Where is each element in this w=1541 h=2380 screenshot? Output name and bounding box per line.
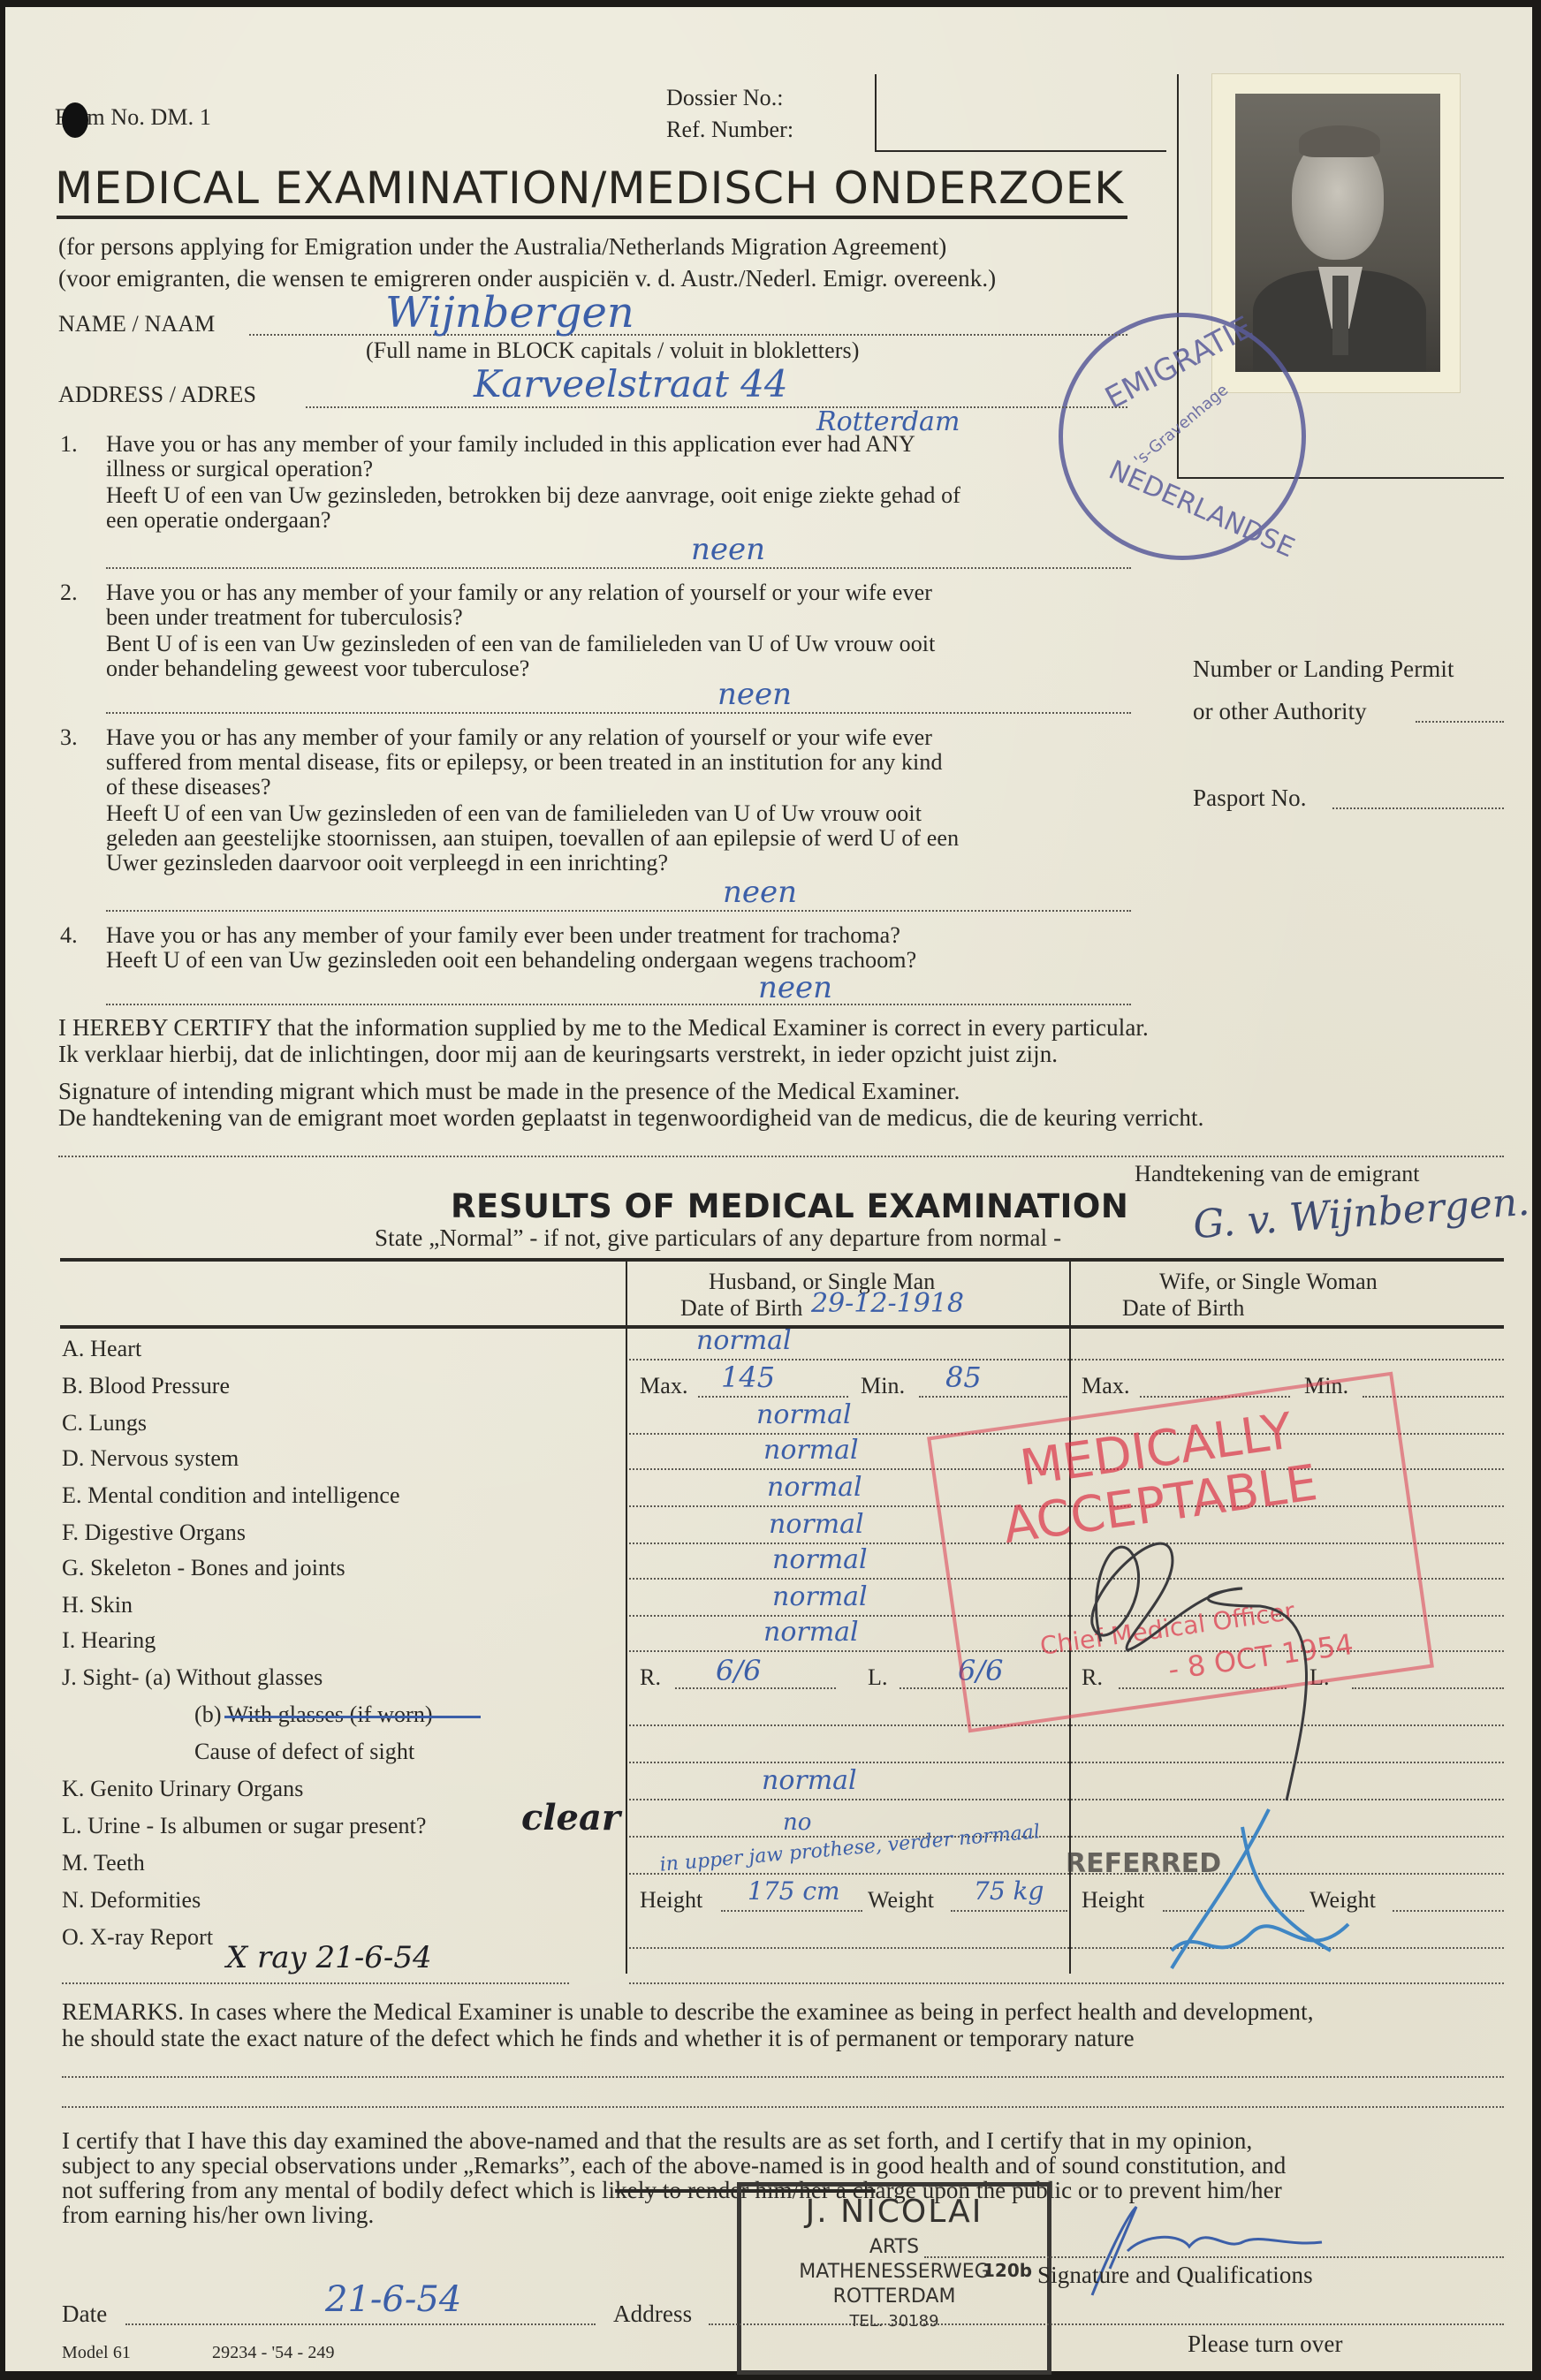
question-2-answer-line[interactable] xyxy=(106,710,1131,714)
dossier-label: Dossier No.: xyxy=(666,85,784,111)
sight-glasses-strikethrough xyxy=(224,1716,481,1718)
certify-dutch: Ik verklaar hierbij, dat de inlichtingen… xyxy=(58,1041,1058,1067)
row-nervous-label: D. Nervous system xyxy=(62,1445,239,1472)
photo-hair xyxy=(1299,125,1380,157)
question-3-nl-line2: geleden aan geestelijke stoornissen, aan… xyxy=(106,825,959,852)
row-nervous-husband: normal xyxy=(763,1435,859,1466)
dossier-box-bottom xyxy=(875,150,1166,152)
name-field[interactable] xyxy=(249,332,1127,336)
stamp-text-top: EMIGRATIE xyxy=(1099,310,1258,417)
sight-husband-r-label: R. xyxy=(640,1664,661,1691)
examiner-cert-line2: subject to any special observations unde… xyxy=(62,2152,1286,2179)
cert3-pre: not suffering from any mental of bodily … xyxy=(62,2177,615,2203)
chief-medical-officer-signature xyxy=(1066,1509,1472,2004)
date-label: Date xyxy=(62,2300,107,2327)
question-2-nl-line1: Bent U of is een van Uw gezinsleden of e… xyxy=(106,631,935,657)
question-1-nl-line2: een operatie ondergaan? xyxy=(106,507,330,534)
row-skeleton-label: G. Skeleton - Bones and joints xyxy=(62,1555,345,1581)
question-3-en-line1: Have you or has any member of your famil… xyxy=(106,724,932,751)
question-3-en-line3: of these diseases? xyxy=(106,774,271,800)
medical-examination-form: Form No. DM. 1 Dossier No.: Ref. Number:… xyxy=(5,7,1532,2371)
question-4-en-line1: Have you or has any member of your famil… xyxy=(106,922,900,949)
row-skin-husband: normal xyxy=(772,1581,868,1612)
row-teeth-husband: in upper jaw prothese, verder normaal xyxy=(659,1821,1041,1876)
bp-husband-min-label: Min. xyxy=(861,1373,905,1399)
question-3-number: 3. xyxy=(60,724,78,751)
husband-dob-value: 29-12-1918 xyxy=(811,1288,964,1319)
row-genito-husband: normal xyxy=(762,1765,857,1796)
results-instruction: State „Normal” - if not, give particular… xyxy=(375,1224,1061,1251)
subtitle-english: (for persons applying for Emigration und… xyxy=(58,233,946,260)
address-street: Karveelstraat 44 xyxy=(474,362,788,406)
husband-weight-field[interactable] xyxy=(951,1908,1067,1912)
title-underline xyxy=(57,216,1127,219)
row-deformities-label: N. Deformities xyxy=(62,1887,201,1914)
row-urine-label: L. Urine - Is albumen or sugar present? xyxy=(62,1813,427,1839)
stamp-text-bottom: NEDERLANDSE xyxy=(1105,455,1299,565)
dossier-box-border xyxy=(875,74,877,152)
doctor-stamp-number: 120b xyxy=(983,2260,1032,2281)
question-2-en-line2: been under treatment for tuberculosis? xyxy=(106,604,463,631)
print-code: 29234 - '54 - 249 xyxy=(212,2339,335,2366)
remarks-text-line2: he should state the exact nature of the … xyxy=(62,2025,1135,2051)
husband-weight-label: Weight xyxy=(868,1887,934,1914)
question-3-answer: neen xyxy=(723,875,797,910)
row-xray-note: X ray 21-6-54 xyxy=(226,1940,432,1975)
row-heart-husband: normal xyxy=(696,1325,792,1356)
row-blood-pressure-label: B. Blood Pressure xyxy=(62,1373,230,1399)
row-mental-husband: normal xyxy=(767,1472,862,1503)
husband-height-value: 175 cm xyxy=(748,1876,840,1906)
doctor-stamp-name: J. NICOLAI xyxy=(741,2194,1047,2230)
question-2-answer: neen xyxy=(717,677,792,712)
row-digestive-label: F. Digestive Organs xyxy=(62,1520,246,1546)
question-1-en-line1: Have you or has any member of your famil… xyxy=(106,431,915,458)
row-sight-glasses-label: (b) With glasses (if worn) xyxy=(194,1702,433,1728)
question-2-en-line1: Have you or has any member of your famil… xyxy=(106,580,932,606)
row-urine-husband: no xyxy=(783,1809,811,1836)
row-skin-label: H. Skin xyxy=(62,1592,133,1618)
bp-husband-max-value: 145 xyxy=(721,1361,775,1394)
question-3-answer-line[interactable] xyxy=(106,908,1131,912)
row-lungs-husband: normal xyxy=(756,1399,852,1430)
model-number: Model 61 xyxy=(62,2339,131,2366)
question-2-nl-line2: onder behandeling geweest voor tuberculo… xyxy=(106,656,529,682)
row-sight-defect-label: Cause of defect of sight xyxy=(194,1739,414,1765)
results-column-divider-1 xyxy=(626,1260,627,1974)
page-title: MEDICAL EXAMINATION/MEDISCH ONDERZOEK xyxy=(55,163,1124,214)
row-hearing-label: I. Hearing xyxy=(62,1627,156,1654)
row-xray-label: O. X-ray Report xyxy=(62,1924,213,1951)
row-genito-label: K. Genito Urinary Organs xyxy=(62,1776,303,1802)
bp-husband-min-value: 85 xyxy=(945,1361,982,1394)
row-teeth-label: M. Teeth xyxy=(62,1850,145,1876)
landing-permit-label-2: or other Authority xyxy=(1193,698,1367,724)
landing-permit-label-1: Number or Landing Permit xyxy=(1193,656,1454,682)
migrant-signature-caption: Handtekening van de emigrant xyxy=(1135,1161,1420,1187)
husband-height-label: Height xyxy=(640,1887,702,1914)
husband-weight-value: 75 kg xyxy=(974,1876,1044,1906)
name-value: Wijnbergen xyxy=(385,288,634,337)
question-3-nl-line3: Uwer gezinsleden daarvoor ooit verpleegd… xyxy=(106,850,668,876)
row-mental-label: E. Mental condition and intelligence xyxy=(62,1482,400,1509)
question-2-number: 2. xyxy=(60,580,78,606)
signature-instruction-english: Signature of intending migrant which mus… xyxy=(58,1078,960,1104)
question-3-en-line2: suffered from mental disease, fits or ep… xyxy=(106,749,943,776)
question-1-en-line2: illness or surgical operation? xyxy=(106,456,373,482)
examiner-cert-line4: from earning his/her own living. xyxy=(62,2202,374,2228)
address-label-examiner: Address xyxy=(613,2300,692,2327)
question-4-answer: neen xyxy=(758,970,832,1005)
photo-tie xyxy=(1332,276,1348,355)
question-4-answer-line[interactable] xyxy=(106,1002,1131,1005)
row-digestive-husband: normal xyxy=(769,1509,864,1540)
date-field[interactable] xyxy=(125,2322,596,2325)
remarks-line-1[interactable] xyxy=(62,2074,1504,2078)
wife-dob-label: Date of Birth xyxy=(1122,1295,1245,1322)
question-3-nl-line1: Heeft U of een van Uw gezinsleden of een… xyxy=(106,800,922,827)
bp-husband-max-field[interactable] xyxy=(698,1394,848,1398)
remarks-line-2[interactable] xyxy=(62,2104,1504,2108)
signature-qualifications-label: Signature and Qualifications xyxy=(1037,2262,1313,2288)
husband-dob-label: Date of Birth xyxy=(680,1295,803,1322)
migrant-signature-line[interactable] xyxy=(58,1154,1504,1157)
bp-husband-max-label: Max. xyxy=(640,1373,688,1399)
sight-husband-l-label: L. xyxy=(868,1664,888,1691)
remarks-text-line1: REMARKS. In cases where the Medical Exam… xyxy=(62,1998,1314,2025)
punch-hole xyxy=(62,102,88,138)
applicant-photo xyxy=(1235,94,1440,372)
signature-instruction-dutch: De handtekening van de emigrant moet wor… xyxy=(58,1104,1203,1131)
migrant-signature: G. v. Wijnbergen. xyxy=(1192,1179,1531,1247)
certify-english: I HEREBY CERTIFY that the information su… xyxy=(58,1014,1149,1041)
name-label: NAME / NAAM xyxy=(58,311,215,337)
question-1-number: 1. xyxy=(60,431,78,458)
results-title: RESULTS OF MEDICAL EXAMINATION xyxy=(451,1187,1128,1225)
row-sight-label: J. Sight- (a) Without glasses xyxy=(62,1664,323,1691)
date-value: 21-6-54 xyxy=(325,2279,461,2320)
column-header-wife: Wife, or Single Woman xyxy=(1159,1269,1378,1295)
husband-height-field[interactable] xyxy=(721,1908,862,1912)
row-urine-note: clear xyxy=(521,1797,620,1838)
bp-wife-max-label: Max. xyxy=(1082,1373,1130,1399)
doctor-stamp-city: ROTTERDAM xyxy=(741,2285,1047,2308)
address-label: ADDRESS / ADRES xyxy=(58,382,256,408)
name-hint: (Full name in BLOCK capitals / voluit in… xyxy=(366,337,859,364)
question-1-answer-line[interactable] xyxy=(106,565,1131,569)
row-hearing-husband: normal xyxy=(763,1617,859,1648)
examiner-signature xyxy=(1074,2198,1340,2304)
row-heart-label: A. Heart xyxy=(62,1336,141,1362)
bp-husband-min-field[interactable] xyxy=(919,1394,1067,1398)
results-table-top-border xyxy=(60,1258,1504,1262)
please-turn-over: Please turn over xyxy=(1188,2331,1343,2357)
question-1-nl-line1: Heeft U of een van Uw gezinsleden, betro… xyxy=(106,482,960,509)
question-1-answer: neen xyxy=(691,532,765,567)
landing-permit-field[interactable] xyxy=(1416,719,1504,723)
passport-label: Pasport No. xyxy=(1193,784,1307,811)
examiner-address-field[interactable] xyxy=(709,2322,1504,2325)
emigration-office-stamp: EMIGRATIE NEDERLANDSE 's-Gravenhage xyxy=(1059,313,1306,560)
ref-number-label: Ref. Number: xyxy=(666,117,793,143)
passport-field[interactable] xyxy=(1332,806,1504,809)
row-lungs-label: C. Lungs xyxy=(62,1410,147,1436)
examiner-cert-line1: I certify that I have this day examined … xyxy=(62,2127,1252,2154)
question-4-number: 4. xyxy=(60,922,78,949)
xray-note-line xyxy=(62,1981,569,1984)
row-skeleton-husband: normal xyxy=(772,1544,868,1575)
sight-husband-r-value: 6/6 xyxy=(716,1654,762,1687)
